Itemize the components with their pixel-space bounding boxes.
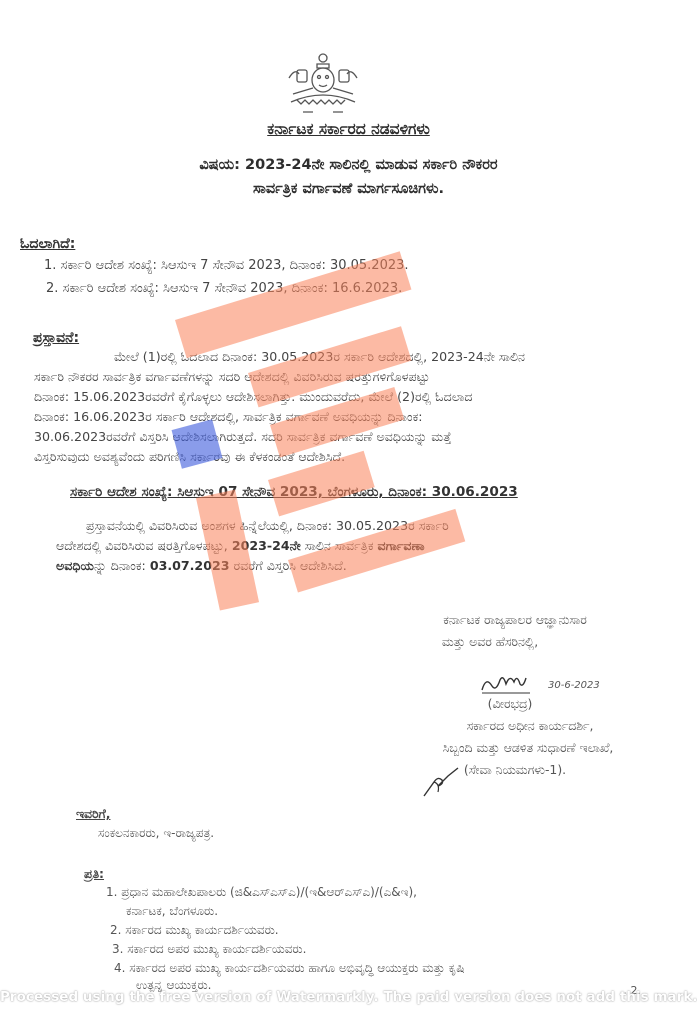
heading-text: ಕರ್ನಾಟಕ ಸರ್ಕಾರದ ನಡವಳಿಗಳು <box>267 120 430 138</box>
initial-icon <box>420 760 460 804</box>
document-heading: ಕರ್ನಾಟಕ ಸರ್ಕಾರದ ನಡವಳಿಗಳು <box>0 120 697 139</box>
by-order-line-1: ಕರ್ನಾಟಕ ರಾಜ್ಯಪಾಲರ ಆಜ್ಞಾನುಸಾರ <box>390 610 640 630</box>
order-line: ಪ್ರಸ್ತಾವನೆಯಲ್ಲಿ ವಿವರಿಸಿರುವ ಅಂಶಗಳ ಹಿನ್ನೆಲ… <box>56 516 636 536</box>
to-label: ಇವರಿಗೆ, <box>76 806 110 822</box>
copy-label-text: ಪ್ರತಿ: <box>84 866 104 881</box>
order-text: ನ್ನು ದಿನಾಂಕ: <box>94 558 150 573</box>
copy-item: 1. ಪ್ರಧಾನ ಮಹಾಲೇಖಪಾಲರು (ಜಿ&ಎಸ್‌ಎಸ್‌ಎ)/(ಇ&… <box>106 885 417 900</box>
signature-date: 30-6-2023 <box>548 680 600 691</box>
karnataka-emblem-icon <box>283 50 363 118</box>
by-order-line-2: ಮತ್ತು ಅವರ ಹೆಸರಿನಲ್ಲಿ, <box>390 632 590 652</box>
watermark-footer-text: Processed using the free version of Wate… <box>0 990 697 1005</box>
signatory-name: (ವೀರಭದ್ರ) <box>440 694 580 714</box>
to-recipient: ಸಂಕಲನಕಾರರು, ಇ-ರಾಜ್ಯಪತ್ರ. <box>98 826 214 841</box>
copy-item: 3. ಸರ್ಕಾರದ ಅಪರ ಮುಖ್ಯ ಕಾರ್ಯದರ್ಶಿಯವರು. <box>112 942 306 957</box>
subject-line-2: ಸಾರ್ವತ್ರಿಕ ವರ್ಗಾವಣೆ ಮಾರ್ಗಸೂಚಿಗಳು. <box>0 177 697 201</box>
order-text-bold: ಅವಧಿಯ <box>56 558 94 573</box>
references-label: ಓದಲಾಗಿದೆ: <box>20 236 75 252</box>
copy-item: 4. ಸರ್ಕಾರದ ಅಪರ ಮುಖ್ಯ ಕಾರ್ಯದರ್ಶಿಯವರು ಹಾಗೂ… <box>114 961 464 976</box>
signatory-department: ಸಿಬ್ಬಂದಿ ಮತ್ತು ಆಡಳಿತ ಸುಧಾರಣೆ ಇಲಾಖೆ, <box>386 738 670 758</box>
to-label-text: ಇವರಿಗೆ, <box>76 806 110 821</box>
copy-item-continued: ಕರ್ನಾಟಕ, ಬೆಂಗಳೂರು. <box>126 904 218 919</box>
copy-label: ಪ್ರತಿ: <box>84 866 104 882</box>
subject-line-1: ವಿಷಯ: 2023-24ನೇ ಸಾಲಿನಲ್ಲಿ ಮಾಡುವ ಸರ್ಕಾರಿ … <box>0 153 697 177</box>
preamble-label: ಪ್ರಸ್ತಾವನೆ: <box>33 330 79 346</box>
signatory-designation: ಸರ್ಕಾರದ ಅಧೀನ ಕಾರ್ಯದರ್ಶಿ, <box>410 716 650 736</box>
copy-item: 2. ಸರ್ಕಾರದ ಮುಖ್ಯ ಕಾರ್ಯದರ್ಶಿಯವರು. <box>110 923 279 938</box>
